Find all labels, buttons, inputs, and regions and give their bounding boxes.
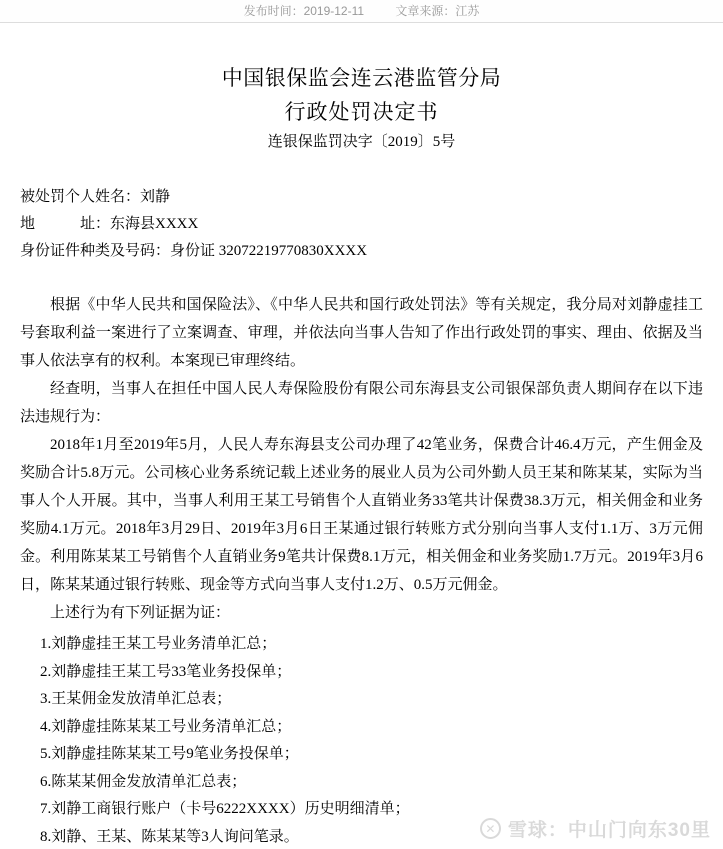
paragraph-findings-intro: 经查明，当事人在担任中国人民人寿保险股份有限公司东海县支公司银保部负责人期间存在…	[20, 375, 703, 431]
evidence-item-5: 5.刘静虚挂陈某某工号9笔业务投保单；	[20, 741, 703, 769]
article-source-label: 文章来源：江苏	[395, 0, 479, 22]
article-meta-bar: 发布时间：2019-12-11 文章来源：江苏	[0, 0, 723, 23]
paragraph-violation-details: 2018年1月至2019年5月，人民人寿东海县支公司办理了42笔业务，保费合计4…	[20, 431, 703, 599]
document-number: 连银保监罚决字〔2019〕5号	[20, 130, 703, 154]
xueqiu-logo-icon: ✕	[480, 818, 501, 839]
penalty-decision-page: 发布时间：2019-12-11 文章来源：江苏 中国银保监会连云港监管分局 行政…	[0, 0, 723, 849]
party-info-block: 被处罚个人姓名：刘静 地 址：东海县XXXX 身份证件种类及号码：身份证 320…	[20, 184, 703, 265]
watermark-text: 雪球：中山门向东30里	[508, 815, 711, 842]
xueqiu-watermark: ✕ 雪球：中山门向东30里	[480, 815, 711, 842]
party-address-line: 地 址：东海县XXXX	[20, 211, 703, 238]
decision-text-block: 根据《中华人民共和国保险法》、《中华人民共和国行政处罚法》等有关规定，我分局对刘…	[20, 291, 703, 849]
publish-date-label: 发布时间：2019-12-11	[244, 0, 365, 22]
party-id-line: 身份证件种类及号码：身份证 32072219770830XXXX	[20, 238, 703, 265]
evidence-item-1: 1.刘静虚挂王某工号业务清单汇总；	[20, 631, 703, 659]
evidence-item-4: 4.刘静虚挂陈某某工号业务清单汇总；	[20, 714, 703, 742]
paragraph-basis: 根据《中华人民共和国保险法》、《中华人民共和国行政处罚法》等有关规定，我分局对刘…	[20, 291, 703, 375]
document-body: 中国银保监会连云港监管分局 行政处罚决定书 连银保监罚决字〔2019〕5号 被处…	[0, 63, 723, 849]
issuing-authority-title: 中国银保监会连云港监管分局	[20, 63, 703, 93]
party-name-line: 被处罚个人姓名：刘静	[20, 184, 703, 211]
evidence-item-6: 6.陈某某佣金发放清单汇总表；	[20, 769, 703, 797]
evidence-item-2: 2.刘静虚挂王某工号33笔业务投保单；	[20, 659, 703, 687]
evidence-item-3: 3.王某佣金发放清单汇总表；	[20, 686, 703, 714]
document-title: 行政处罚决定书	[20, 97, 703, 127]
paragraph-evidence-intro: 上述行为有下列证据为证：	[20, 599, 703, 627]
